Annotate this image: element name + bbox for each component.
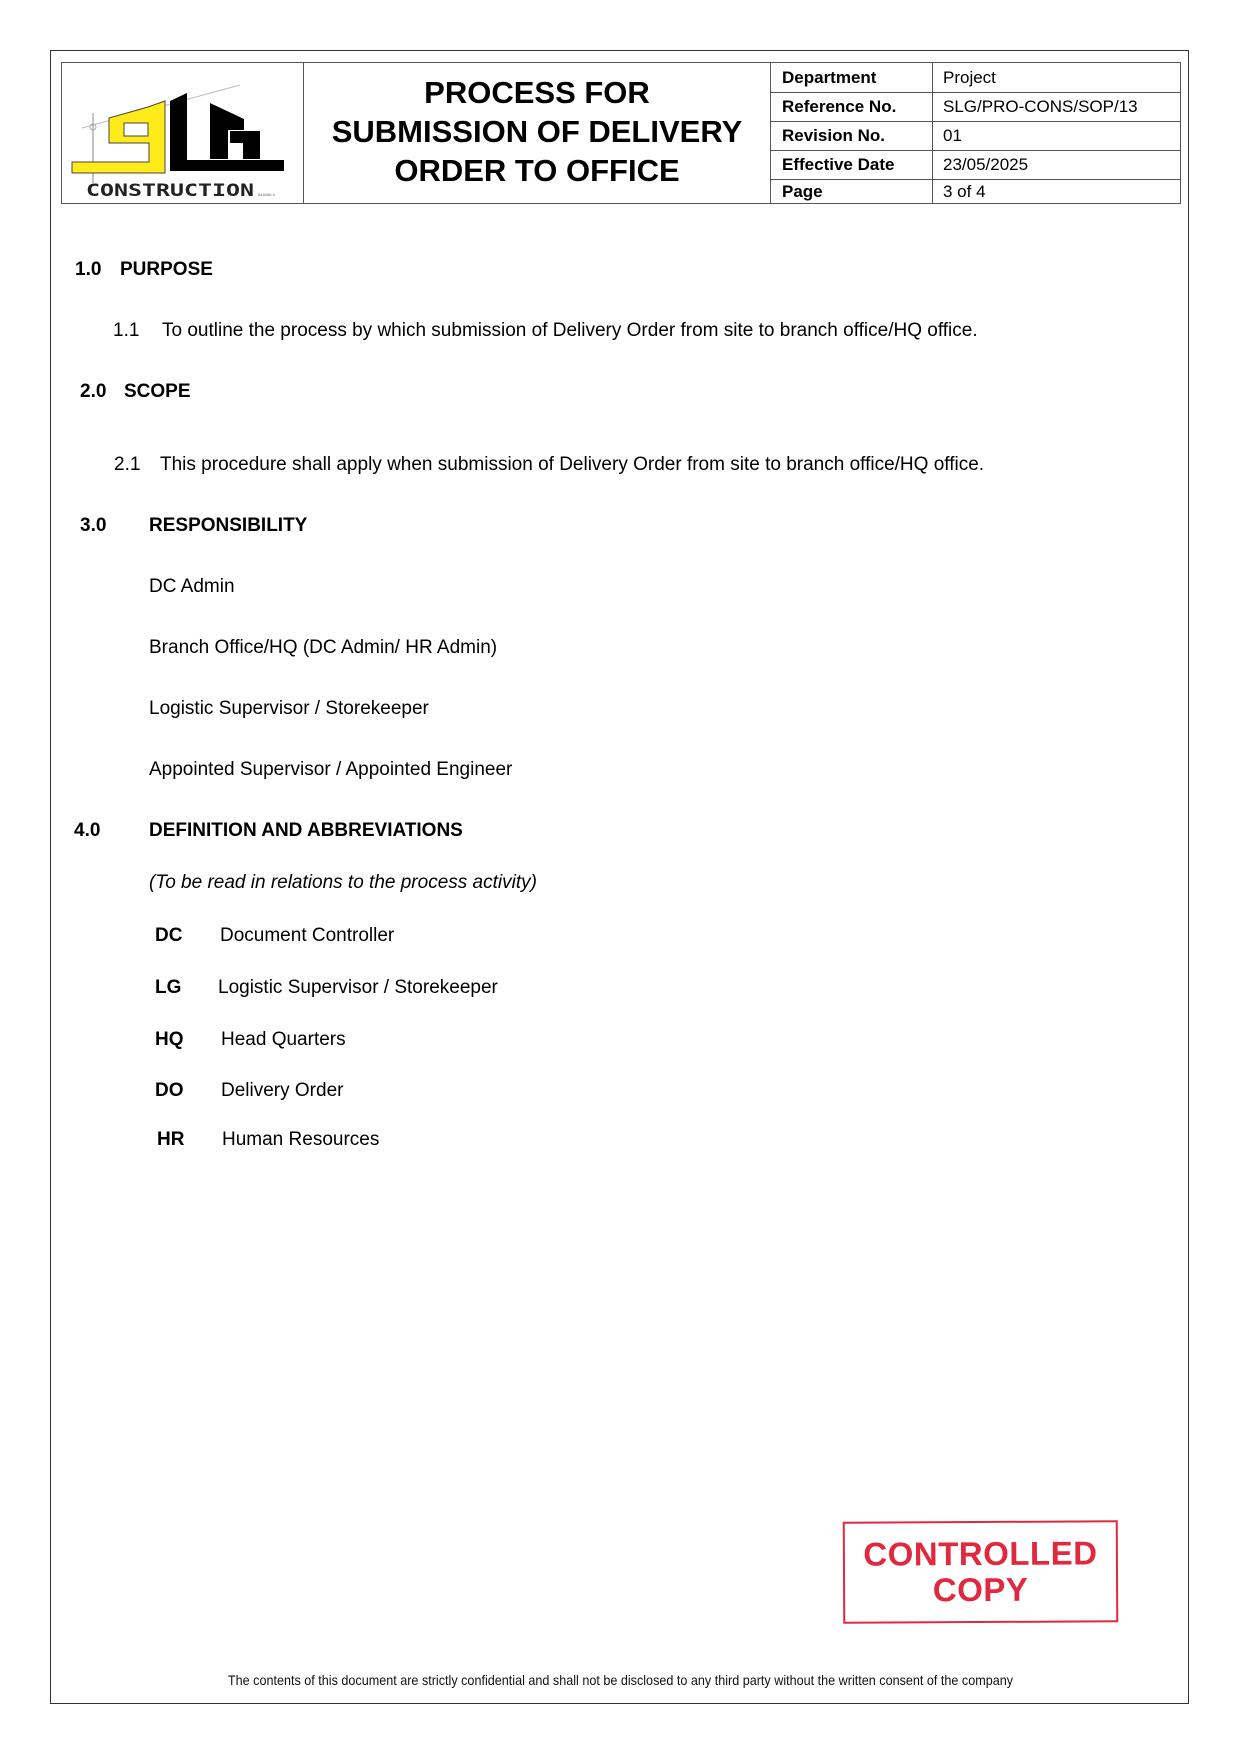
company-logo: CONSTRUCTION 644080-V xyxy=(62,63,304,203)
section-number-responsibility: 3.0 xyxy=(80,515,106,537)
abbreviation-term: DC xyxy=(155,925,182,947)
slg-construction-logo-icon: CONSTRUCTION 644080-V xyxy=(62,63,302,203)
confidentiality-footer: The contents of this document are strict… xyxy=(62,1672,1179,1688)
abbreviation-meaning: Document Controller xyxy=(220,925,394,947)
meta-row-revision: Revision No. 01 xyxy=(771,122,1180,151)
controlled-copy-stamp: CONTROLLED COPY xyxy=(843,1520,1119,1623)
abbreviation-meaning: Logistic Supervisor / Storekeeper xyxy=(218,977,498,999)
scope-text: This procedure shall apply when submissi… xyxy=(160,454,984,476)
item-number-1-1: 1.1 xyxy=(113,320,139,342)
responsibility-item: Branch Office/HQ (DC Admin/ HR Admin) xyxy=(149,637,497,659)
meta-row-department: Department Project xyxy=(771,63,1180,93)
meta-row-page: Page 3 of 4 xyxy=(771,180,1180,203)
section-number-purpose: 1.0 xyxy=(75,259,101,281)
abbreviation-meaning: Human Resources xyxy=(222,1129,379,1151)
section-title-scope: SCOPE xyxy=(124,381,191,403)
meta-row-effective-date: Effective Date 23/05/2025 xyxy=(771,151,1180,180)
item-number-2-1: 2.1 xyxy=(114,454,140,476)
responsibility-item: DC Admin xyxy=(149,576,235,598)
responsibility-item: Logistic Supervisor / Storekeeper xyxy=(149,698,429,720)
meta-row-reference: Reference No. SLG/PRO-CONS/SOP/13 xyxy=(771,93,1180,122)
document-title: PROCESS FOR SUBMISSION OF DELIVERY ORDER… xyxy=(332,73,743,190)
abbreviation-meaning: Head Quarters xyxy=(221,1029,346,1051)
definitions-note: (To be read in relations to the process … xyxy=(149,872,537,894)
section-number-scope: 2.0 xyxy=(80,381,106,403)
responsibility-item: Appointed Supervisor / Appointed Enginee… xyxy=(149,759,512,781)
abbreviation-term: LG xyxy=(155,977,181,999)
section-number-definitions: 4.0 xyxy=(74,820,100,842)
purpose-text: To outline the process by which submissi… xyxy=(162,320,978,342)
abbreviation-term: DO xyxy=(155,1080,184,1102)
abbreviation-meaning: Delivery Order xyxy=(221,1080,343,1102)
section-title-responsibility: RESPONSIBILITY xyxy=(149,515,307,537)
abbreviation-term: HR xyxy=(157,1129,184,1151)
abbreviation-term: HQ xyxy=(155,1029,184,1051)
svg-text:CONSTRUCTION: CONSTRUCTION xyxy=(86,181,254,201)
document-meta-table: Department Project Reference No. SLG/PRO… xyxy=(771,63,1180,203)
svg-text:644080-V: 644080-V xyxy=(258,192,276,197)
section-title-purpose: PURPOSE xyxy=(120,259,213,281)
document-header: CONSTRUCTION 644080-V PROCESS FOR SUBMIS… xyxy=(61,62,1181,204)
section-title-definitions: DEFINITION AND ABBREVIATIONS xyxy=(149,820,463,842)
title-cell: PROCESS FOR SUBMISSION OF DELIVERY ORDER… xyxy=(304,63,771,203)
